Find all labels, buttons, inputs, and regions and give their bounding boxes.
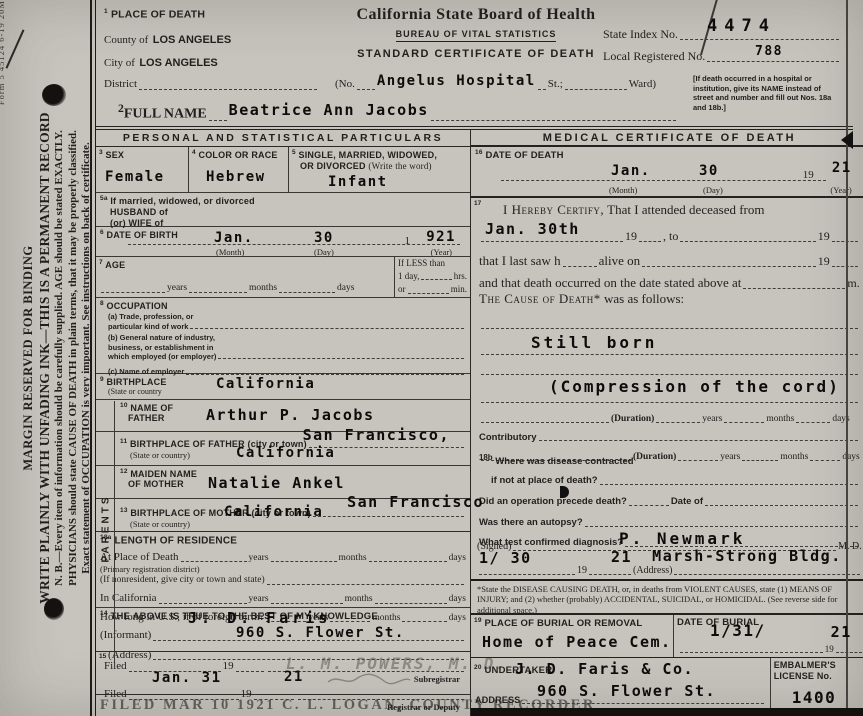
scan-edge-bar <box>471 708 863 716</box>
certification-paragraph: 17 I Hereby Certify, That I attended dec… <box>471 198 863 313</box>
margin-binding-line: MARGIN RESERVED FOR BINDING <box>20 0 36 716</box>
sex-value: Female <box>105 169 185 185</box>
state-index-label: State Index No. <box>603 27 678 42</box>
dod-month-value: Jan. <box>611 163 651 179</box>
parents-group-label: PARENTS <box>96 401 115 662</box>
age-less-than-day-box: If LESS than 1 day,hrs. ormin. <box>394 257 470 297</box>
cause-of-death-value: Still born <box>531 333 657 352</box>
certificate-columns: PERSONAL AND STATISTICAL PARTICULARS 3 S… <box>96 126 853 716</box>
sex-field-number: 3 <box>99 149 103 156</box>
district-blank <box>139 88 317 90</box>
cause-blank-4 <box>481 401 858 403</box>
age-months-blank <box>189 291 247 293</box>
attended-19a: 19 <box>625 229 637 244</box>
county-label: County of <box>104 34 148 48</box>
place-of-burial-label: PLACE OF BURIAL OR REMOVAL <box>484 618 642 629</box>
scan-edge-line <box>846 0 848 716</box>
occupation-field-number: 8 <box>100 300 104 307</box>
filed-date-value: Jan. 31 <box>152 670 222 686</box>
full-name-row: 2FULL NAME Beatrice Ann Jacobs <box>118 102 678 123</box>
age-hrs-label: hrs. <box>454 271 467 282</box>
filed2-year-blank <box>254 698 294 700</box>
age-less-label-2: 1 day, <box>398 271 419 282</box>
residence-months-label: months <box>339 553 367 565</box>
cause-footnote: *State the DISEASE CAUSING DEATH, or, in… <box>471 581 863 615</box>
residence-blank <box>271 602 343 604</box>
alive-on-label: alive on <box>599 253 641 269</box>
birthplace-field: 9 BIRTHPLACE (State or country Californi… <box>96 374 470 400</box>
ink-blot <box>44 598 64 620</box>
duration-lead-blank <box>481 421 609 423</box>
disease-questions-block: 18b Where was disease contracted if not … <box>471 453 863 533</box>
father-name-value: Arthur P. Jacobs <box>206 406 375 424</box>
alive-19: 19 <box>818 254 830 269</box>
age-label: AGE <box>105 260 125 270</box>
undertaker-address-value: 960 S. Flower St. <box>537 682 716 700</box>
physician-signature-field: P. Newmark (Signed) M. D. 1/ 30 21 Marsh… <box>471 533 863 580</box>
physician-address-label: (Address) <box>633 565 672 578</box>
cause-lead-1: The Cause of Death* <box>479 291 601 306</box>
date-of-burial-year: 21 <box>831 623 852 641</box>
undertaker-field-number: 20 <box>474 664 482 671</box>
dob-year-value: 921 <box>426 229 456 245</box>
dod-day-caption: (Day) <box>703 185 723 196</box>
ward-blank <box>565 88 627 90</box>
physician-address-blank <box>674 573 859 575</box>
spouse-label-1: If married, widowed, or divorced <box>110 196 254 206</box>
dod-day-value: 30 <box>699 163 719 179</box>
father-birthplace-field: San Francisco, 11 BIRTHPLACE OF FATHER (… <box>96 432 470 465</box>
age-years-blank <box>101 291 165 293</box>
board-of-health-title: California State Board of Health <box>336 6 616 24</box>
age-field: 7 AGE years months days If LESS than 1 d… <box>96 257 470 298</box>
filed2-sig-blank <box>298 698 464 700</box>
filed-field: 15 Filed 19 L. M. POWERS, M. D. Subregis… <box>96 652 470 695</box>
race-field: 4 COLOR OR RACE Hebrew <box>188 147 288 192</box>
duration-label: (Duration) <box>611 414 654 426</box>
length-of-residence-field: 18a LENGTH OF RESIDENCE At Place of Deat… <box>96 532 470 608</box>
local-registered-line <box>707 60 839 62</box>
parents-vertical-text: PARENTS <box>101 461 112 597</box>
attended-from-blank <box>481 240 623 242</box>
undertaker-address-blank <box>522 702 763 704</box>
duration-months: months <box>766 414 794 426</box>
registrar-label: Registrar or Deputy <box>100 702 466 713</box>
residence-blank <box>375 602 447 604</box>
residence-days-label: days <box>449 553 466 565</box>
dob-field-number: 6 <box>100 229 104 236</box>
dob-month-value: Jan. <box>214 230 254 246</box>
date-of-burial-field: DATE OF BURIAL 1/31/ 21 19 <box>673 615 863 657</box>
residence-blank <box>159 602 247 604</box>
operation-blank <box>629 504 669 506</box>
autopsy-question-label: Was there an autopsy? <box>479 517 583 529</box>
street-suffix-label: St.; <box>548 78 563 92</box>
standard-certificate-title: STANDARD CERTIFICATE OF DEATH <box>336 48 616 60</box>
residence-days-label-2: days <box>449 594 466 606</box>
date-of-burial-value: 1/31/ <box>710 621 766 640</box>
age-min-blank <box>408 292 449 294</box>
scan-edge-mark <box>841 131 853 149</box>
duration-years: years <box>702 414 722 426</box>
cause-blank-1 <box>481 327 858 329</box>
filed-label-2: Filed <box>100 688 127 702</box>
cause-blank-2 <box>481 353 858 355</box>
burial-year-blank <box>836 651 862 653</box>
birthplace-label: BIRTHPLACE <box>107 377 167 387</box>
city-value: LOS ANGELES <box>139 57 217 71</box>
residence-blank <box>271 560 337 562</box>
binding-margin: Form 5 45124 6-19 20M MARGIN RESERVED FO… <box>0 0 95 716</box>
sex-field: 3 SEX Female <box>96 147 188 192</box>
ink-blot <box>42 84 66 106</box>
dod-field-number: 16 <box>475 149 483 156</box>
occupation-b-label-1: (b) General nature of industry, <box>100 333 466 342</box>
age-field-number: 7 <box>99 259 103 266</box>
occupation-field: 8 OCCUPATION (a) Trade, profession, or p… <box>96 298 470 374</box>
burial-date-blank <box>680 651 823 653</box>
spouse-field-number: 5a <box>100 195 108 202</box>
occupation-a-label-2: particular kind of work <box>108 322 188 331</box>
certify-lead: I Hereby Certify, <box>503 202 604 217</box>
burial-field-number: 19 <box>474 617 482 624</box>
filed2-19-label: 19 <box>241 688 252 702</box>
where-blank <box>600 483 858 485</box>
cause-secondary-value: (Compression of the cord) <box>549 377 840 396</box>
residence-years-label: years <box>249 553 269 565</box>
street-blank <box>357 88 375 90</box>
full-name-blank <box>209 119 227 121</box>
local-registered-value: 788 <box>755 44 783 59</box>
spouse-label-2: HUSBAND of <box>100 207 466 218</box>
full-name-label: FULL NAME <box>124 107 207 122</box>
where-field-number: 18b <box>479 453 493 462</box>
residence-blank <box>369 560 447 562</box>
dod-blank-line <box>501 179 826 181</box>
street-blank <box>538 88 546 90</box>
cause-lead-2: was as follows: <box>604 291 684 306</box>
mother-birthplace-city: San Francisco <box>347 493 484 511</box>
age-days-blank <box>279 291 335 293</box>
county-value: LOS ANGELES <box>153 34 231 48</box>
certificate-form: 1 PLACE OF DEATH County of LOS ANGELES C… <box>95 0 853 716</box>
age-days-label: days <box>337 283 354 295</box>
dob-blank-line <box>128 243 460 245</box>
full-name-blank <box>431 119 676 121</box>
sex-race-marital-row: 3 SEX Female 4 COLOR OR RACE Hebrew 5 SI… <box>96 147 470 193</box>
occupation-a-label-1: (a) Trade, profession, or <box>100 312 466 321</box>
medical-certificate-section: MEDICAL CERTIFICATE OF DEATH 16 DATE OF … <box>471 130 863 716</box>
filed-year-value: 21 <box>284 669 304 685</box>
spouse-field: 5a If married, widowed, or divorced HUSB… <box>96 193 470 227</box>
duration-blank <box>724 421 764 423</box>
mother-birthplace-sublabel: (State or country) <box>120 519 466 530</box>
occupation-b-label-2: business, or establishment in <box>100 343 466 352</box>
alive-on-blank <box>642 265 816 267</box>
attended-blank2 <box>832 240 858 242</box>
street-no-open: (No. <box>335 78 355 92</box>
father-label-1: NAME OF <box>130 403 173 413</box>
signed-date-blank <box>479 573 575 575</box>
father-birthplace-city: San Francisco, <box>303 426 450 444</box>
residence-months-label-2: months <box>345 594 373 606</box>
mother-field-number: 12 <box>120 468 128 475</box>
place-field-number: 1 <box>104 8 108 15</box>
age-or-label: or <box>398 284 406 295</box>
place-of-death-label: PLACE OF DEATH <box>111 9 205 21</box>
meridiem-label: m. <box>847 276 859 291</box>
residence-blank <box>181 560 247 562</box>
father-field-number: 10 <box>120 402 128 409</box>
death-certificate-scan: Form 5 45124 6-19 20M MARGIN RESERVED FO… <box>0 0 863 716</box>
attended-to-blank <box>680 240 815 242</box>
informant-address-value: 960 S. Flower St. <box>236 625 405 641</box>
margin-nb-line-2: PHYSICIANS should state CAUSE OF DEATH i… <box>67 0 81 716</box>
physician-address-value: Marsh-Strong Bldg. <box>652 547 842 565</box>
father-birthplace-state: California <box>236 445 335 461</box>
state-index-value: 4474 <box>707 16 776 36</box>
residence-blank <box>267 583 464 585</box>
occupation-b-label-3: which employed (or employer) <box>108 352 216 361</box>
registrar-signature <box>326 672 412 686</box>
where-contracted-label-2: if not at place of death? <box>491 475 598 487</box>
marital-label-2: OR DIVORCED <box>300 161 366 171</box>
cause-of-death-block: Still born (Compression of the cord) (Du… <box>471 313 863 453</box>
residence-years-label-2: years <box>249 594 269 606</box>
mother-birthplace-field: San Francisco 13 BIRTHPLACE OF MOTHER (c… <box>96 499 470 532</box>
ward-label: Ward) <box>629 78 656 92</box>
signed-date-value: 1/ 30 <box>479 549 532 567</box>
father-bp-field-number: 11 <box>120 438 127 445</box>
mother-bp-field-number: 13 <box>120 507 128 514</box>
filed-year-blank <box>236 670 264 672</box>
occupation-b-blank <box>218 357 464 359</box>
personal-statistical-section: PERSONAL AND STATISTICAL PARTICULARS 3 S… <box>96 130 471 716</box>
attended-19b: 19 <box>818 229 830 244</box>
place-of-burial-field: 19 PLACE OF BURIAL OR REMOVAL Home of Pe… <box>471 615 673 657</box>
race-value: Hebrew <box>206 169 285 185</box>
residence-line-2-label: (Primary registration district) <box>100 564 466 575</box>
duration-blank <box>796 421 830 423</box>
death-hour-blank <box>743 287 845 289</box>
operation-date-label: Date of <box>671 496 703 508</box>
last-saw-blank <box>563 265 597 267</box>
certify-field-number: 17 <box>474 200 481 207</box>
birthplace-value: California <box>216 376 315 392</box>
medical-section-title: MEDICAL CERTIFICATE OF DEATH <box>471 130 863 147</box>
filed2-date-blank <box>129 698 239 700</box>
certify-rest: That I attended deceased from <box>607 202 764 217</box>
birthplace-field-number: 9 <box>100 376 104 383</box>
marital-sublabel: (Write the word) <box>368 161 431 171</box>
signed-19-label: 19 <box>577 565 587 578</box>
date-of-death-field: 16 DATE OF DEATH Jan. 30 19 21 (Month) (… <box>471 147 863 198</box>
residence-line-3-label: (If nonresident, give city or town and s… <box>100 575 265 587</box>
certificate-header: 1 PLACE OF DEATH County of LOS ANGELES C… <box>96 0 853 126</box>
local-registered-label: Local Registered No. <box>603 49 705 64</box>
age-min-label: min. <box>451 284 467 295</box>
full-name-value: Beatrice Ann Jacobs <box>229 101 429 119</box>
date-of-birth-field: 6 DATE OF BIRTH Jan. 30 1 921 (Month) (D… <box>96 227 470 257</box>
occupation-label: OCCUPATION <box>107 301 168 311</box>
contributory-label: Contributory <box>479 432 537 444</box>
attended-from-value: Jan. 30th <box>485 220 580 238</box>
attended-blank <box>639 240 661 242</box>
place-of-burial-value: Home of Peace Cem. <box>482 633 670 651</box>
occupation-a-blank <box>190 327 464 329</box>
place-of-death-location: Angelus Hospital <box>377 73 536 89</box>
sex-label: SEX <box>106 150 125 160</box>
mother-label-1: MAIDEN NAME <box>130 469 197 479</box>
dob-day-value: 30 <box>314 230 334 246</box>
place-of-death-block: 1 PLACE OF DEATH County of LOS ANGELES C… <box>104 8 231 71</box>
cause-blank-3 <box>481 373 858 375</box>
age-years-label: years <box>167 283 187 295</box>
hospital-instruction-note: [If death occurred in a hospital or inst… <box>693 74 843 112</box>
duration-blank <box>656 421 700 423</box>
registration-numbers-block: State Index No. 4474 Local Registered No… <box>603 20 841 64</box>
undertaker-address-label: ADDRESS <box>475 695 520 706</box>
district-line: District (No. Angelus Hospital St.; Ward… <box>104 76 656 92</box>
signed-year-blank <box>589 573 631 575</box>
mother-birthplace-state: California <box>224 504 323 520</box>
burial-19-label: 19 <box>825 644 834 655</box>
marital-status-field: 5 SINGLE, MARRIED, WIDOWED, OR DIVORCED … <box>288 147 470 192</box>
contributory-blank <box>539 439 858 441</box>
physician-signature-value: P. Newmark <box>619 529 745 548</box>
bureau-label: BUREAU OF VITAL STATISTICS <box>396 29 557 42</box>
dod-year-value: 21 <box>832 160 852 176</box>
date-of-death-label: DATE OF DEATH <box>485 150 563 161</box>
personal-section-title: PERSONAL AND STATISTICAL PARTICULARS <box>96 130 470 147</box>
dob-label: DATE OF BIRTH <box>107 230 178 240</box>
informant-field: 14 THE ABOVE IS TRUE TO THE BEST OF MY K… <box>96 608 470 652</box>
marital-value: Infant <box>328 174 467 190</box>
alive-blank <box>832 265 858 267</box>
board-title-block: California State Board of Health BUREAU … <box>336 6 616 60</box>
mother-birthplace-blank <box>313 515 464 517</box>
autopsy-blank <box>585 525 858 527</box>
age-months-label: months <box>249 283 277 295</box>
race-label: COLOR OR RACE <box>199 150 278 160</box>
last-saw-label: that I last saw h <box>479 253 561 269</box>
burial-row: 19 PLACE OF BURIAL OR REMOVAL Home of Pe… <box>471 615 863 658</box>
marital-label-1: SINGLE, MARRIED, WIDOWED, <box>299 150 438 160</box>
operation-question-label: Did an operation precede death? <box>479 496 627 508</box>
filed-19-label: 19 <box>223 660 234 674</box>
filed-label-1: Filed <box>100 660 127 674</box>
mother-name-value: Natalie Ankel <box>208 474 345 492</box>
embalmer-label-1: EMBALMER'S <box>774 660 863 671</box>
district-label: District <box>104 78 137 92</box>
attended-to-label: , to <box>663 229 678 244</box>
embalmer-label-2: LICENSE No. <box>774 671 863 682</box>
city-label: City of <box>104 57 135 71</box>
signed-year-value: 21 <box>611 548 632 566</box>
residence-label: LENGTH OF RESIDENCE <box>114 536 237 547</box>
dod-year-caption: (Year) <box>830 185 851 196</box>
operation-date-blank <box>705 504 858 506</box>
age-less-label-1: If LESS than <box>398 258 467 269</box>
race-field-number: 4 <box>192 149 196 156</box>
marital-field-number: 5 <box>292 149 296 156</box>
dod-month-caption: (Month) <box>609 185 637 196</box>
death-occurred-label: and that death occurred on the date stat… <box>479 275 741 291</box>
undertaker-value: J. D. Faris & Co. <box>515 660 694 678</box>
embalmer-license-value: 1400 <box>792 688 863 707</box>
where-contracted-label: Where was disease contracted <box>495 457 633 468</box>
age-hrs-blank <box>421 278 451 280</box>
